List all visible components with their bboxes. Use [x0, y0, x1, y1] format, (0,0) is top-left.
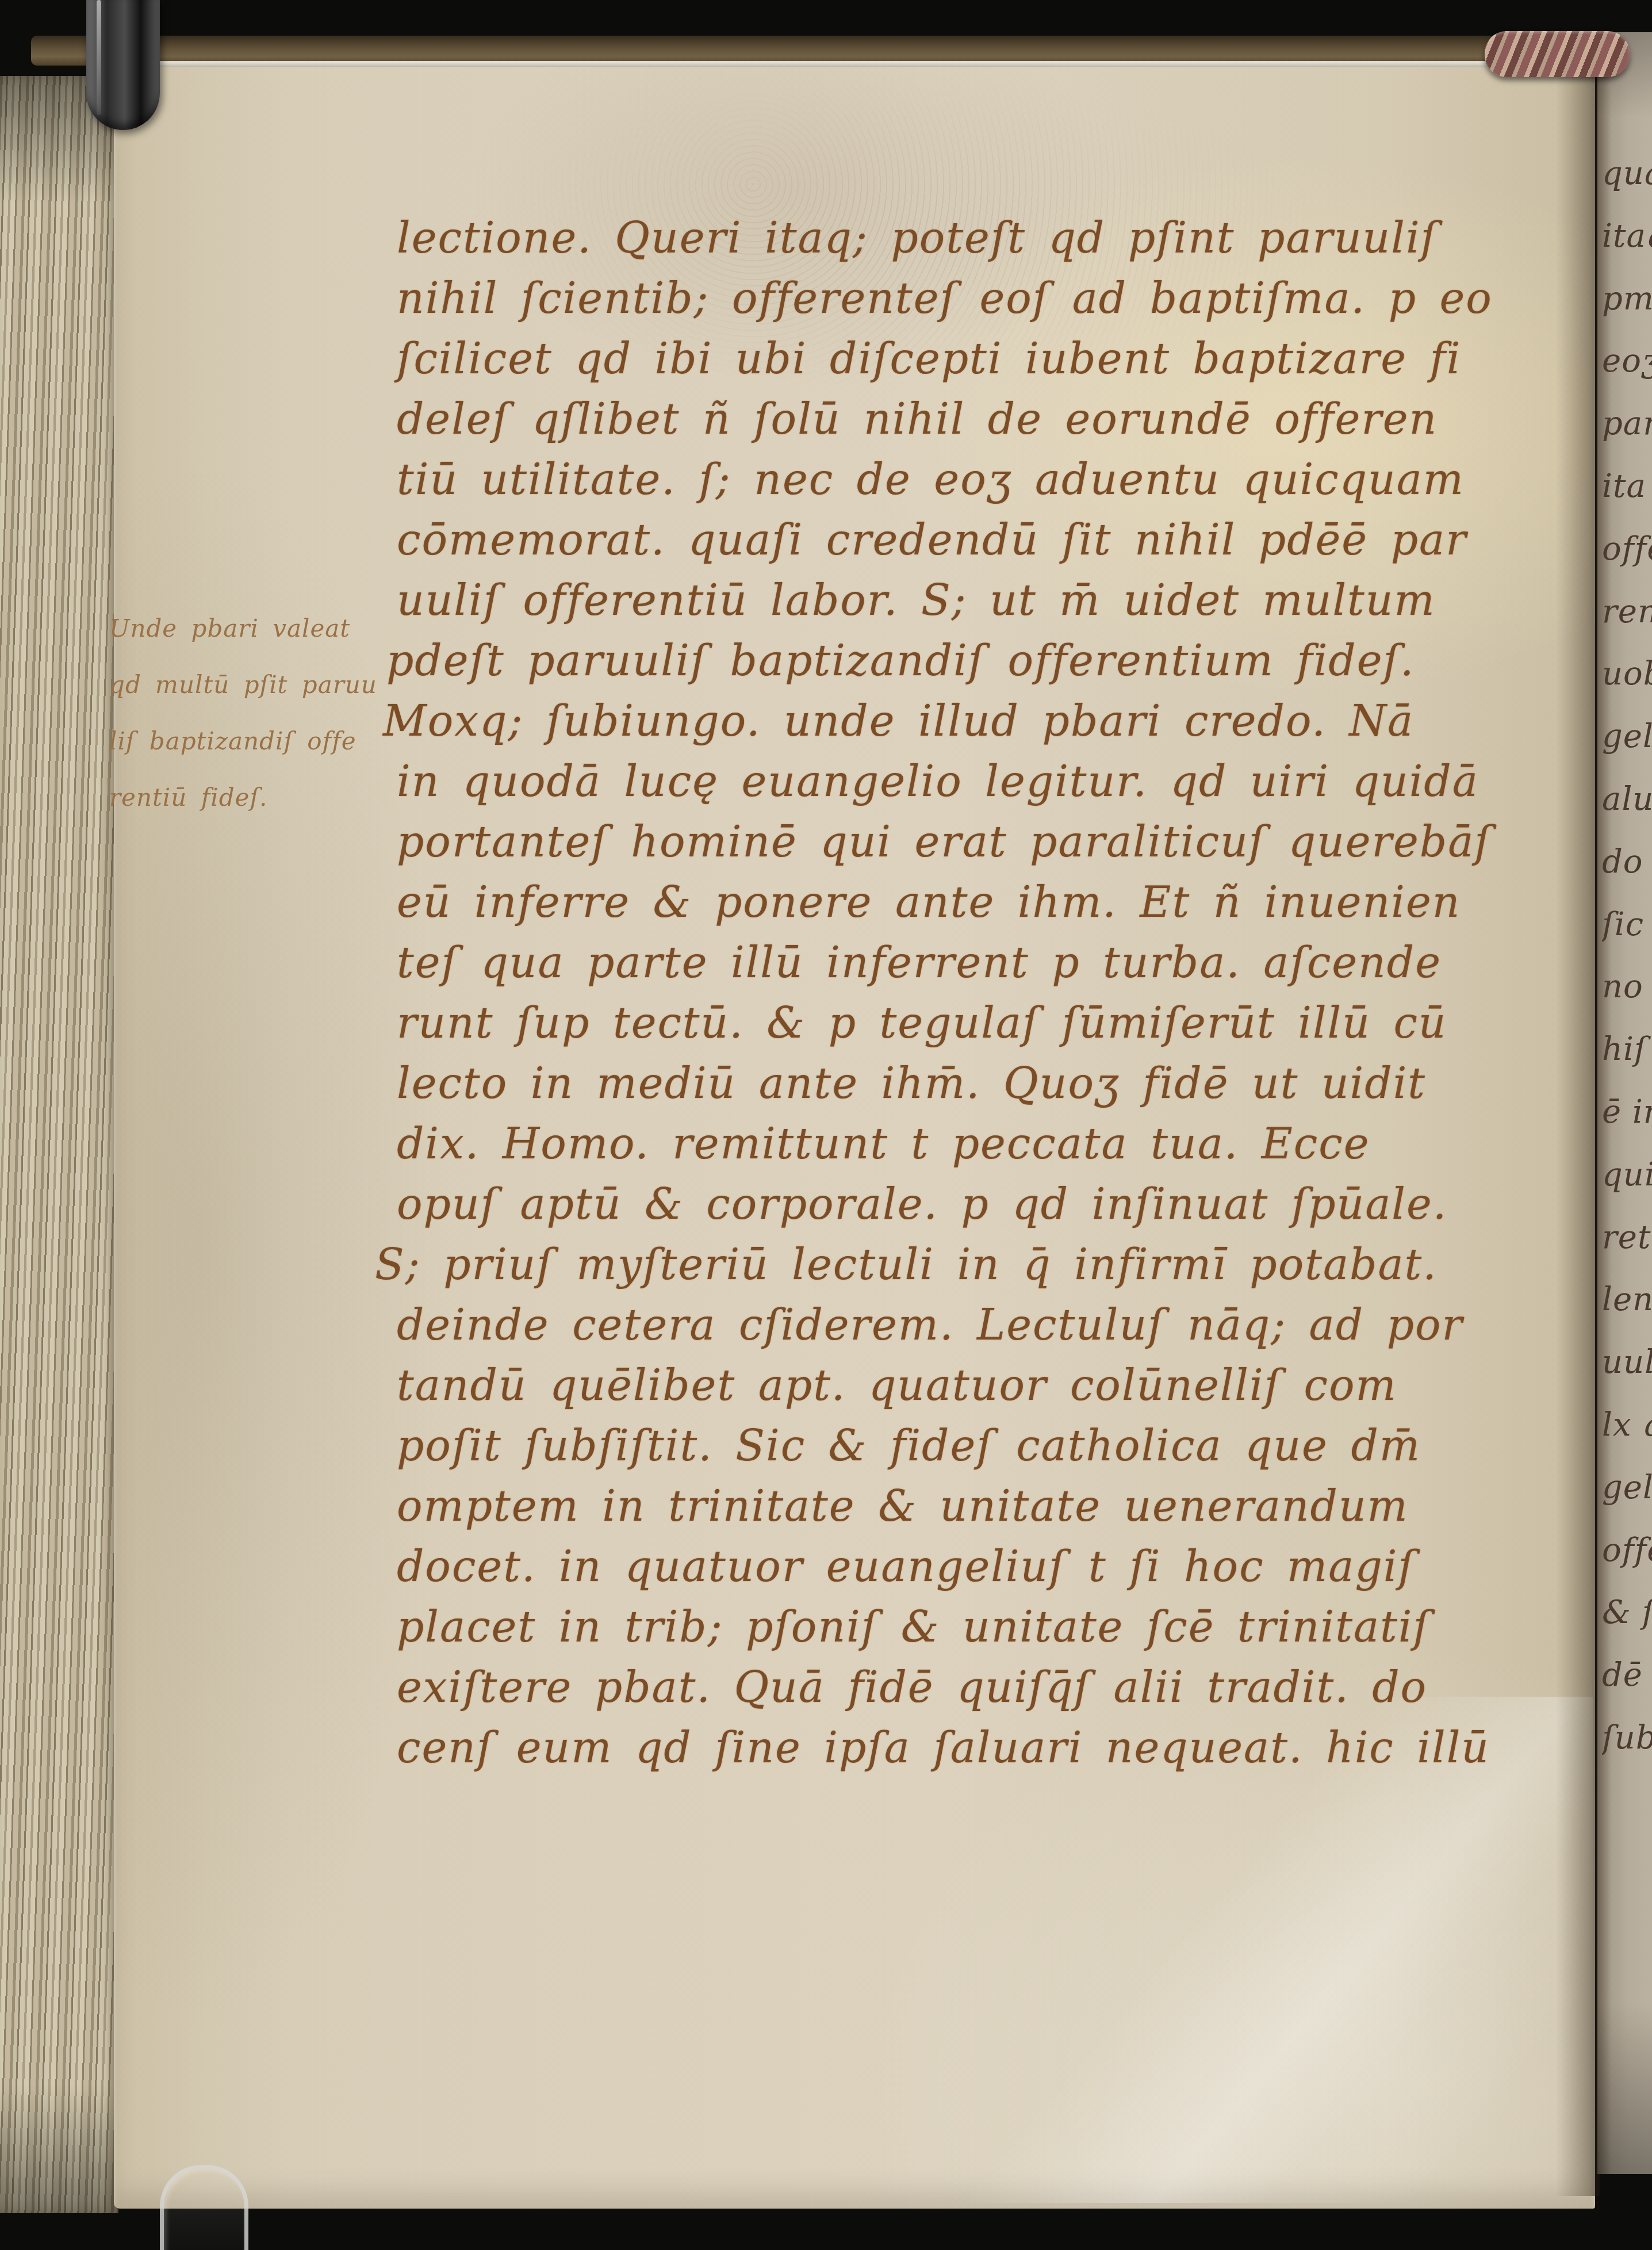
main-line-24: placet in trib; pſoniſ & unitate ſcē tri… — [397, 1597, 1478, 1658]
main-line-7: uuliſ offerentiū labor. S; ut m̄ uidet m… — [397, 571, 1478, 631]
edge-line-7: offer — [1602, 518, 1652, 581]
main-line-22: omptem in trinitate & unitate uenerandum — [397, 1476, 1478, 1537]
gutter-shadow — [1556, 61, 1600, 2196]
main-line-1: lectione. Queri itaq; poteſt qd pſint pa… — [397, 208, 1478, 269]
main-line-3: ſcilicet qd ibi ubi diſcepti iubent bapt… — [397, 329, 1478, 389]
edge-line-18: ret il — [1602, 1207, 1652, 1269]
main-line-15: lecto in mediū ante ihm̄. Quoʒ fidē ut u… — [397, 1054, 1478, 1114]
edge-line-12: do of — [1602, 831, 1652, 894]
edge-line-21: lx qui — [1602, 1394, 1652, 1457]
main-line-8: pdeſt paruuliſ baptizandiſ offerentium f… — [386, 631, 1467, 691]
main-line-19: deinde cetera cſiderem. Lectuluſ nāq; ad… — [397, 1295, 1478, 1356]
page-top-edge-highlight — [114, 62, 1603, 67]
main-line-18: S; priuſ myſteriū lectuli in q̄ infirmī … — [375, 1235, 1456, 1295]
margin-line-4: rentiū fideſ. — [109, 770, 362, 826]
edge-line-15: hiſ qu — [1602, 1019, 1652, 1081]
glass-page-clip-bottom — [160, 2165, 248, 2250]
edge-line-2: itaq — [1602, 205, 1652, 268]
main-line-20: tandū quēlibet apt. quatuor colūnelliſ c… — [397, 1356, 1478, 1416]
main-line-5: tiū utilitate. ſ; nec de eoʒ aduentu qui… — [397, 450, 1478, 510]
edge-line-10: gelio — [1602, 706, 1652, 768]
main-line-12: eū inferre & ponere ante ihm. Et ñ inuen… — [397, 873, 1478, 933]
edge-line-14: no p — [1602, 956, 1652, 1019]
margin-line-1: Unde pbari valeat — [109, 600, 362, 657]
main-line-16: dix. Homo. remittunt t peccata tua. Ecce — [397, 1114, 1478, 1174]
main-line-4: deleſ qſlibet ñ ſolū nihil de eorundē of… — [397, 389, 1478, 450]
manuscript-photo: { "manuscript": { "main_text": { "lines"… — [0, 0, 1652, 2250]
edge-line-17: quidā — [1602, 1144, 1652, 1207]
margin-note: Unde pbari valeatqd multū pſit paruuliſ … — [109, 600, 362, 826]
main-line-17: opuſ aptū & corporale. p qd inſinuat ſpū… — [397, 1174, 1478, 1235]
edge-line-23: offere — [1602, 1520, 1652, 1582]
edge-line-20: uuloſ — [1602, 1331, 1652, 1394]
edge-line-22: gelio — [1602, 1457, 1652, 1520]
edge-line-9: uob — [1602, 643, 1652, 706]
metal-page-clip-top — [86, 0, 160, 130]
main-line-9: Moxq; ſubiungo. unde illud pbari credo. … — [383, 691, 1464, 752]
facing-page-text-fragments: quaitaqpmieoʒparaita cofferrentiuobgelio… — [1602, 143, 1652, 1770]
main-line-23: docet. in quatuor euangeliuſ t ſi hoc ma… — [397, 1537, 1478, 1597]
edge-line-6: ita c — [1602, 456, 1652, 518]
embroidered-endband — [1485, 31, 1630, 77]
main-line-2: nihil ſcientib; offerenteſ eoſ ad baptiſ… — [397, 269, 1478, 329]
edge-line-1: qua — [1602, 143, 1652, 205]
edge-line-16: ē in e — [1602, 1081, 1652, 1144]
edge-line-25: dē bap — [1602, 1644, 1652, 1707]
edge-line-4: eoʒ — [1602, 330, 1652, 393]
main-line-25: exiſtere pbat. Quā fidē quiſq̄ſ alii tra… — [397, 1658, 1478, 1718]
page-stack-fore-edges — [0, 76, 118, 2213]
edge-line-13: ſic ia — [1602, 894, 1652, 956]
margin-line-3: liſ baptizandiſ offe — [109, 713, 362, 770]
edge-line-24: & ſuba — [1602, 1582, 1652, 1644]
main-line-26: cenſ eum qd ſine ipſa ſaluari nequeat. h… — [397, 1718, 1478, 1778]
edge-line-5: para — [1602, 393, 1652, 456]
main-line-14: runt ſup tectū. & p tegulaſ ſūmiſerūt il… — [397, 993, 1478, 1054]
edge-line-8: renti — [1602, 581, 1652, 644]
edge-line-19: lent. i — [1602, 1269, 1652, 1331]
main-line-6: cōmemorat. quaſi credendū ſit nihil pdēē… — [397, 510, 1478, 571]
main-line-11: portanteſ hominē qui erat paraliticuſ qu… — [397, 812, 1478, 873]
edge-line-26: ſubaud — [1602, 1707, 1652, 1770]
margin-line-2: qd multū pſit paruu — [109, 657, 362, 713]
main-line-10: in quodā lucę euangelio legitur. qd uiri… — [397, 752, 1478, 812]
main-line-21: poſit ſubſiſtit. Sic & fideſ catholica q… — [397, 1416, 1478, 1476]
edge-line-11: alu — [1602, 768, 1652, 831]
edge-line-3: pmi — [1602, 268, 1652, 331]
main-line-13: teſ qua parte illū inferrent p turba. aſ… — [397, 933, 1478, 993]
main-text-block: lectione. Queri itaq; poteſt qd pſint pa… — [397, 208, 1478, 1778]
